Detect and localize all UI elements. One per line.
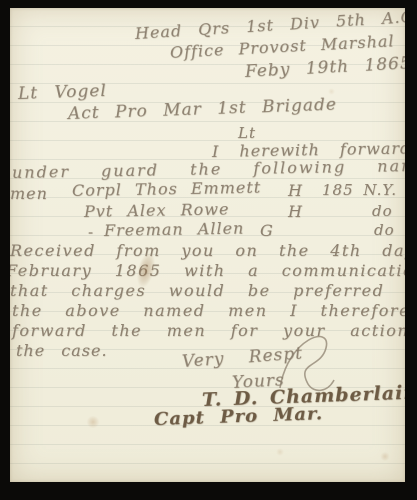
closing-very-respt: Very Respt <box>181 344 303 372</box>
recipient-name: Lt Vogel <box>18 81 108 104</box>
foxing-spot <box>86 416 100 428</box>
foxing-spot <box>380 452 390 461</box>
roster-name: Pvt Alex Rowe <box>84 199 230 221</box>
body-line-4: Received from you on the 4th day of <box>10 241 405 260</box>
roster-name: Freeman Allen <box>104 219 245 240</box>
roster-label-men: men <box>10 184 48 203</box>
salutation: Lt <box>238 124 256 142</box>
roster-regiment: 185 N.Y. Inf <box>322 181 405 199</box>
signature-title: Capt Pro Mar. <box>154 403 324 430</box>
roster-company: G <box>260 221 274 240</box>
body-line-6: that charges would be preferred against <box>10 281 405 300</box>
roster-company: H <box>288 202 303 221</box>
roster-name: Corpl Thos Emmett <box>72 178 262 200</box>
roster-regiment: do <box>374 221 395 239</box>
recipient-title: Act Pro Mar 1st Brigade <box>68 95 338 124</box>
roster-ditto-mark: - <box>88 223 94 241</box>
foxing-spot <box>276 448 284 456</box>
roster-company: H <box>288 181 303 200</box>
roster-regiment: do <box>372 202 393 220</box>
letter-photograph: Head Qrs 1st Div 5th A.C. Office Provost… <box>0 0 417 500</box>
body-line-7: the above named men I therefore <box>12 301 405 320</box>
body-line-8: forward the men for your action in <box>12 321 405 340</box>
body-line-9: the case. <box>16 341 108 360</box>
body-line-5: February 1865 with a communication stati… <box>10 261 405 280</box>
heading-date: Feby 19th 1865 <box>244 53 405 82</box>
letter-paper: Head Qrs 1st Div 5th A.C. Office Provost… <box>10 8 405 482</box>
